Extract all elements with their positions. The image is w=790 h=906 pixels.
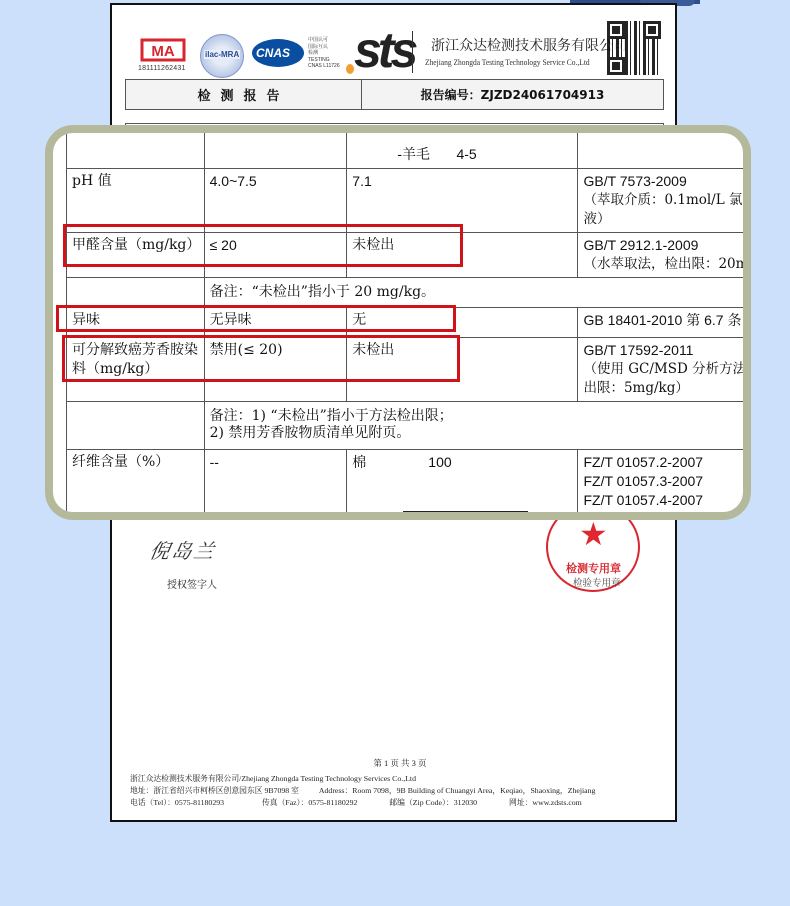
magnified-results-card: -羊毛 4-5 pH 值 4.0~7.5 7.1 GB/T 7573-2009 … — [45, 125, 751, 520]
result: 未检出 — [347, 338, 578, 402]
item-ph: pH 值 — [67, 169, 205, 233]
footer-contacts: 电话（Tel）：0575-81180293 传真（Faz）：0575-81180… — [130, 797, 670, 809]
svg-text:MA: MA — [151, 43, 174, 60]
company-name-en: Zhejiang Zhongda Testing Technology Serv… — [425, 57, 590, 67]
sts-logo: sts — [354, 21, 414, 79]
table-row — [67, 514, 752, 521]
cma-logo-icon: MA — [139, 37, 187, 63]
method: GB/T 17592-2011 （使用 GC/MSD 分析方法，检 出限：5mg… — [578, 338, 751, 402]
header-logos: MA 181111262431 ilac-MRA CNAS 中国认可 国际互认 … — [134, 27, 664, 77]
company-name-cn: 浙江众达检测技术服务有限公司 — [431, 35, 627, 55]
method: GB/T 2912.1-2009 （水萃取法，检出限：20mg/kg） — [578, 233, 751, 278]
method: FZ/T 01057.2-2007 FZ/T 01057.3-2007 FZ/T… — [578, 450, 751, 514]
signature-line — [403, 511, 528, 513]
result: 无 — [347, 308, 578, 338]
result: 棉100 — [347, 450, 578, 514]
table-row: 可分解致癌芳香胺染料（mg/kg） 禁用(≤ 20) 未检出 GB/T 1759… — [67, 338, 752, 402]
website-link[interactable]: 网址：www.zdsts.com — [509, 797, 582, 809]
stamp-text-testing: 检测专用章 — [566, 560, 621, 576]
method: GB/T 7573-2009 （萃取介质：0.1mol/L 氯化钾溶 液） — [578, 169, 751, 233]
stamp-text-inspection: 检验专用章 — [573, 575, 621, 589]
table-row: -羊毛 4-5 — [67, 133, 752, 169]
table-row: 纤维含量（%） -- 棉100 FZ/T 01057.2-2007 FZ/T 0… — [67, 450, 752, 514]
page-indicator: 第 1 页 共 3 页 — [130, 757, 670, 769]
handwritten-signature: 倪岛兰 — [147, 535, 218, 564]
qr-code-icon — [607, 21, 661, 75]
method: GB 18401-2010 第 6.7 条 — [578, 308, 751, 338]
cnas-accreditation-text: 中国认可 国际互认 检测 TESTING CNAS L11726 — [308, 37, 340, 70]
requirement: 4.0~7.5 — [204, 169, 347, 233]
table-row: 备注：“未检出”指小于 20 mg/kg。 — [67, 278, 752, 308]
item-fiber-content: 纤维含量（%） — [67, 450, 205, 514]
item-odor: 异味 — [67, 308, 205, 338]
footer-company: 浙江众达检测技术服务有限公司/Zhejiang Zhongda Testing … — [130, 773, 670, 785]
report-title: 检测报告 — [126, 80, 362, 109]
footer-address: 地址：浙江省绍兴市柯桥区创意园东区 9B7098 室 Address：Room … — [130, 785, 670, 797]
requirement: 无异味 — [204, 308, 347, 338]
logo-divider — [412, 31, 413, 73]
table-row: 备注：1) “未检出”指小于方法检出限； 2) 禁用芳香胺物质清单见附页。 — [67, 402, 752, 450]
item-azo-dyes: 可分解致癌芳香胺染料（mg/kg） — [67, 338, 205, 402]
authorized-signatory-label: 授权签字人 — [167, 576, 217, 591]
sts-dot-icon — [346, 64, 354, 74]
note-formaldehyde: 备注：“未检出”指小于 20 mg/kg。 — [204, 278, 751, 308]
results-table: -羊毛 4-5 pH 值 4.0~7.5 7.1 GB/T 7573-2009 … — [66, 132, 751, 520]
table-row: pH 值 4.0~7.5 7.1 GB/T 7573-2009 （萃取介质：0.… — [67, 169, 752, 233]
table-row: 甲醛含量（mg/kg） ≤ 20 未检出 GB/T 2912.1-2009 （水… — [67, 233, 752, 278]
requirement: ≤ 20 — [204, 233, 347, 278]
star-icon: ★ — [579, 518, 608, 550]
note-azo-dyes: 备注：1) “未检出”指小于方法检出限； 2) 禁用芳香胺物质清单见附页。 — [204, 402, 751, 450]
table-row: 异味 无异味 无 GB 18401-2010 第 6.7 条 — [67, 308, 752, 338]
report-title-bar: 检测报告 报告编号：ZJZD24061704913 — [125, 79, 664, 110]
result: 未检出 — [347, 233, 578, 278]
result: 7.1 — [347, 169, 578, 233]
ilac-mra-logo-icon: ilac-MRA — [200, 34, 244, 78]
report-footer: 第 1 页 共 3 页 浙江众达检测技术服务有限公司/Zhejiang Zhon… — [130, 757, 670, 809]
report-number: 报告编号：ZJZD24061704913 — [362, 80, 663, 109]
cnas-logo-icon: CNAS — [252, 39, 304, 67]
item-formaldehyde: 甲醛含量（mg/kg） — [67, 233, 205, 278]
requirement: -- — [204, 450, 347, 514]
company-stamp: ★ 检测专用章 检验专用章 — [546, 510, 642, 590]
cma-number: 181111262431 — [138, 65, 186, 72]
requirement: 禁用(≤ 20) — [204, 338, 347, 402]
